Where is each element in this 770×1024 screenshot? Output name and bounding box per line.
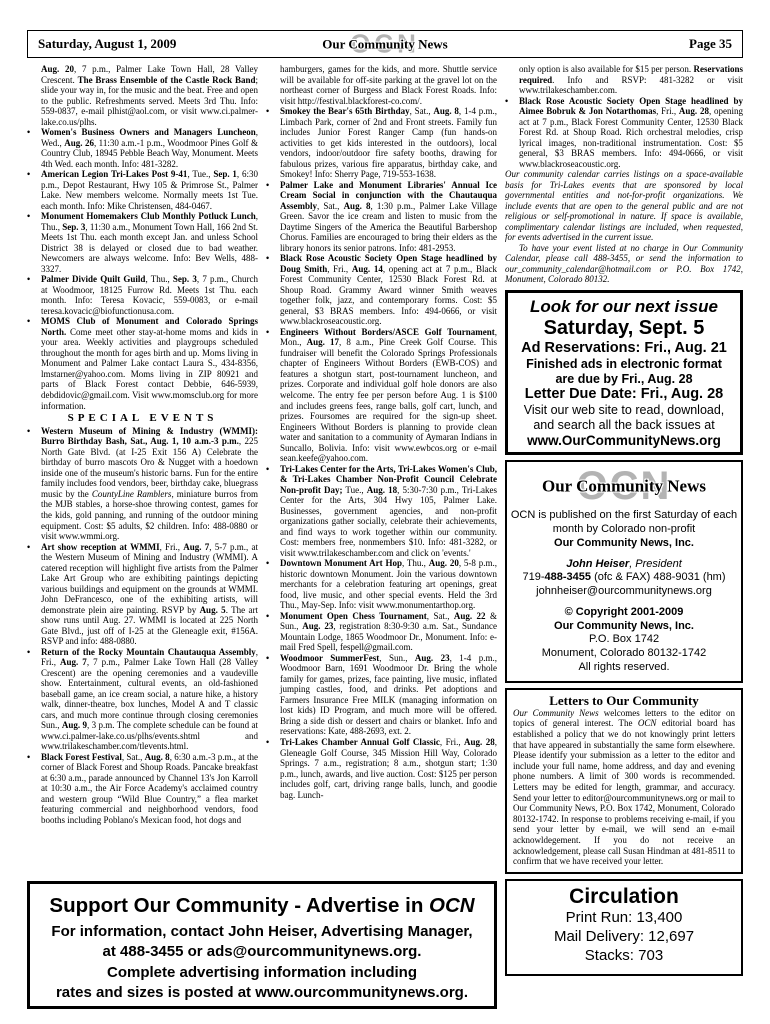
calendar-entry: •Palmer Divide Quilt Guild, Thu., Sep. 3… (27, 274, 258, 316)
calendar-entry-text: Monument Homemakers Club Monthly Potluck… (41, 211, 258, 274)
po-box-line: P.O. Box 1742 (509, 633, 739, 647)
support-title: Support Our Community - Advertise in OCN (30, 894, 494, 918)
ocn-logo-title: Our Community News (542, 476, 706, 497)
page-header: Saturday, August 1, 2009 OCN Our Communi… (27, 30, 743, 58)
next-issue-title: Look for our next issue (510, 297, 738, 317)
stacks: Stacks: 703 (509, 947, 739, 966)
org-name: Our Community News, Inc. (509, 537, 739, 551)
visit-site-line: Visit our web site to read, download, (510, 403, 738, 418)
calendar-entry-text: Engineers Without Borders/ASCE Golf Tour… (280, 327, 497, 464)
calendar-entry-text: Women's Business Owners and Managers Lun… (41, 127, 258, 169)
published-text: OCN is published on the first Saturday o… (509, 509, 739, 537)
bullet-marker: • (266, 464, 280, 559)
ocn-logo-title: Our Community News (322, 36, 447, 52)
letters-title: Letters to Our Community (513, 693, 735, 708)
ad-reservations: Ad Reservations: Fri., Aug. 21 (510, 340, 738, 357)
calendar-column-2: hamburgers, games for the kids, and more… (266, 64, 497, 876)
calendar-policy-note: Our community calendar carries listings … (505, 169, 743, 243)
support-line: Complete advertising information includi… (30, 963, 494, 983)
calendar-entry-text: Black Forest Festival, Sat., Aug. 8, 6:3… (41, 752, 258, 826)
finished-ads-line: Finished ads in electronic format (510, 357, 738, 372)
bullet-marker: • (266, 253, 280, 327)
calendar-entry: •Tri-Lakes Chamber Annual Golf Classic, … (266, 737, 497, 800)
calendar-entry-text: Palmer Divide Quilt Guild, Thu., Sep. 3,… (41, 274, 258, 316)
calendar-policy-note: To have your event listed at no charge i… (505, 243, 743, 285)
bullet-marker: • (27, 274, 41, 316)
support-line: at 488-3455 or ads@ourcommunitynews.org. (30, 942, 494, 962)
bullet-marker: • (266, 558, 280, 611)
bullet-marker: • (266, 106, 280, 180)
bullet-marker: • (266, 611, 280, 653)
calendar-column-3: only option is also available for $15 pe… (505, 64, 743, 285)
masthead-logo: OCN Our Community News (577, 466, 672, 506)
bullet-marker: • (27, 211, 41, 274)
bullet-marker: • (27, 542, 41, 647)
calendar-entry-text: Black Rose Acoustic Society Open Stage h… (280, 253, 497, 327)
section-heading: SPECIAL EVENTS (27, 411, 258, 426)
calendar-entry-text: Monument Open Chess Tournament, Sat., Au… (280, 611, 497, 653)
calendar-entry: •Smokey the Bear's 65th Birthday, Sat., … (266, 106, 497, 180)
calendar-entry-text: Black Rose Acoustic Society Open Stage h… (519, 96, 743, 170)
circulation-box: Circulation Print Run: 13,400 Mail Deliv… (505, 879, 743, 976)
mail-delivery: Mail Delivery: 12,697 (509, 928, 739, 947)
calendar-entry: •Monument Open Chess Tournament, Sat., A… (266, 611, 497, 653)
masthead-box: OCN Our Community News OCN is published … (505, 460, 743, 682)
calendar-entry-text: Woodmoor SummerFest, Sun., Aug. 23, 1-4 … (280, 653, 497, 737)
calendar-entry: •Western Museum of Mining & Industry (WM… (27, 426, 258, 542)
header-date: Saturday, August 1, 2009 (38, 36, 176, 52)
copyright-org: Our Community News, Inc. (509, 620, 739, 634)
bullet-marker: • (505, 96, 519, 170)
calendar-entry-text: Tri-Lakes Chamber Annual Golf Classic, F… (280, 737, 497, 800)
support-line: For information, contact John Heiser, Ad… (30, 922, 494, 942)
right-column: only option is also available for $15 pe… (505, 64, 743, 1009)
next-issue-date: Saturday, Sept. 5 (510, 317, 738, 340)
calendar-entry-continuation: Aug. 20, 7 p.m., Palmer Lake Town Hall, … (27, 64, 258, 127)
calendar-entry: •Downtown Monument Art Hop, Thu., Aug. 2… (266, 558, 497, 611)
calendar-entry-text: Art show reception at WMMI, Fri., Aug. 7… (41, 542, 258, 647)
circulation-title: Circulation (509, 885, 739, 910)
calendar-entry: •Women's Business Owners and Managers Lu… (27, 127, 258, 169)
bullet-marker: • (27, 169, 41, 211)
calendar-columns: Aug. 20, 7 p.m., Palmer Lake Town Hall, … (27, 64, 497, 876)
calendar-entry: •Black Rose Acoustic Society Open Stage … (266, 253, 497, 327)
phone-line: 719-488-3455 (ofc & FAX) 488-9031 (hm) (509, 571, 739, 585)
calendar-entry: •Black Rose Acoustic Society Open Stage … (505, 96, 743, 170)
calendar-entry-continuation: hamburgers, games for the kids, and more… (266, 64, 497, 106)
finished-ads-line: are due by Fri., Aug. 28 (510, 372, 738, 387)
bullet-marker: • (266, 653, 280, 737)
calendar-entry: •Black Forest Festival, Sat., Aug. 8, 6:… (27, 752, 258, 826)
calendar-entry-text: Palmer Lake and Monument Libraries' Annu… (280, 180, 497, 254)
address-line: Monument, Colorado 80132-1742 (509, 647, 739, 661)
print-run: Print Run: 13,400 (509, 909, 739, 928)
calendar-entry: •Monument Homemakers Club Monthly Potluc… (27, 211, 258, 274)
calendar-entry: •Tri-Lakes Center for the Arts, Tri-Lake… (266, 464, 497, 559)
calendar-entry: •Engineers Without Borders/ASCE Golf Tou… (266, 327, 497, 464)
bullet-marker: • (266, 180, 280, 254)
letters-body: Our Community News welcomes letters to t… (513, 708, 735, 867)
calendar-entry: •Woodmoor SummerFest, Sun., Aug. 23, 1-4… (266, 653, 497, 737)
calendar-entry-continuation: only option is also available for $15 pe… (505, 64, 743, 96)
website-url: www.OurCommunityNews.org (510, 433, 738, 449)
next-issue-box: Look for our next issue Saturday, Sept. … (505, 290, 743, 455)
calendar-entry: •MOMS Club of Monument and Colorado Spri… (27, 316, 258, 411)
calendar-entry-text: American Legion Tri-Lakes Post 9-41, Tue… (41, 169, 258, 211)
newspaper-page: Saturday, August 1, 2009 OCN Our Communi… (0, 0, 770, 1019)
bullet-marker: • (27, 426, 41, 542)
letter-due-date: Letter Due Date: Fri., Aug. 28 (510, 386, 738, 403)
header-page-number: Page 35 (689, 36, 732, 52)
page-body: Aug. 20, 7 p.m., Palmer Lake Town Hall, … (27, 64, 743, 1009)
calendar-entry-text: Tri-Lakes Center for the Arts, Tri-Lakes… (280, 464, 497, 559)
rights-line: All rights reserved. (509, 661, 739, 675)
calendar-entry-text: MOMS Club of Monument and Colorado Sprin… (41, 316, 258, 411)
calendar-entry-text: Return of the Rocky Mountain Chautauqua … (41, 647, 258, 752)
calendar-entry-text: Downtown Monument Art Hop, Thu., Aug. 20… (280, 558, 497, 611)
calendar-entry: •Palmer Lake and Monument Libraries' Ann… (266, 180, 497, 254)
calendar-entry-text: Western Museum of Mining & Industry (WMM… (41, 426, 258, 542)
bullet-marker: • (266, 327, 280, 464)
calendar-column-1: Aug. 20, 7 p.m., Palmer Lake Town Hall, … (27, 64, 258, 876)
visit-site-line: and search all the back issues at (510, 418, 738, 433)
president-line: John Heiser, President (509, 558, 739, 572)
bullet-marker: • (27, 752, 41, 826)
calendar-entry: •Art show reception at WMMI, Fri., Aug. … (27, 542, 258, 647)
left-two-columns: Aug. 20, 7 p.m., Palmer Lake Town Hall, … (27, 64, 497, 1009)
bullet-marker: • (27, 647, 41, 752)
bullet-marker: • (27, 127, 41, 169)
bullet-marker: • (27, 316, 41, 411)
letters-box: Letters to Our Community Our Community N… (505, 688, 743, 874)
calendar-entry: •American Legion Tri-Lakes Post 9-41, Tu… (27, 169, 258, 211)
bullet-marker: • (266, 737, 280, 800)
email-line: johnheiser@ourcommunitynews.org (509, 585, 739, 599)
copyright-line: © Copyright 2001-2009 (509, 606, 739, 620)
support-line: rates and sizes is posted at www.ourcomm… (30, 983, 494, 1003)
header-logo: OCN Our Community News (350, 31, 420, 58)
support-advertise-box: Support Our Community - Advertise in OCN… (27, 881, 497, 1009)
calendar-entry-text: Smokey the Bear's 65th Birthday, Sat., A… (280, 106, 497, 180)
calendar-entry: •Return of the Rocky Mountain Chautauqua… (27, 647, 258, 752)
